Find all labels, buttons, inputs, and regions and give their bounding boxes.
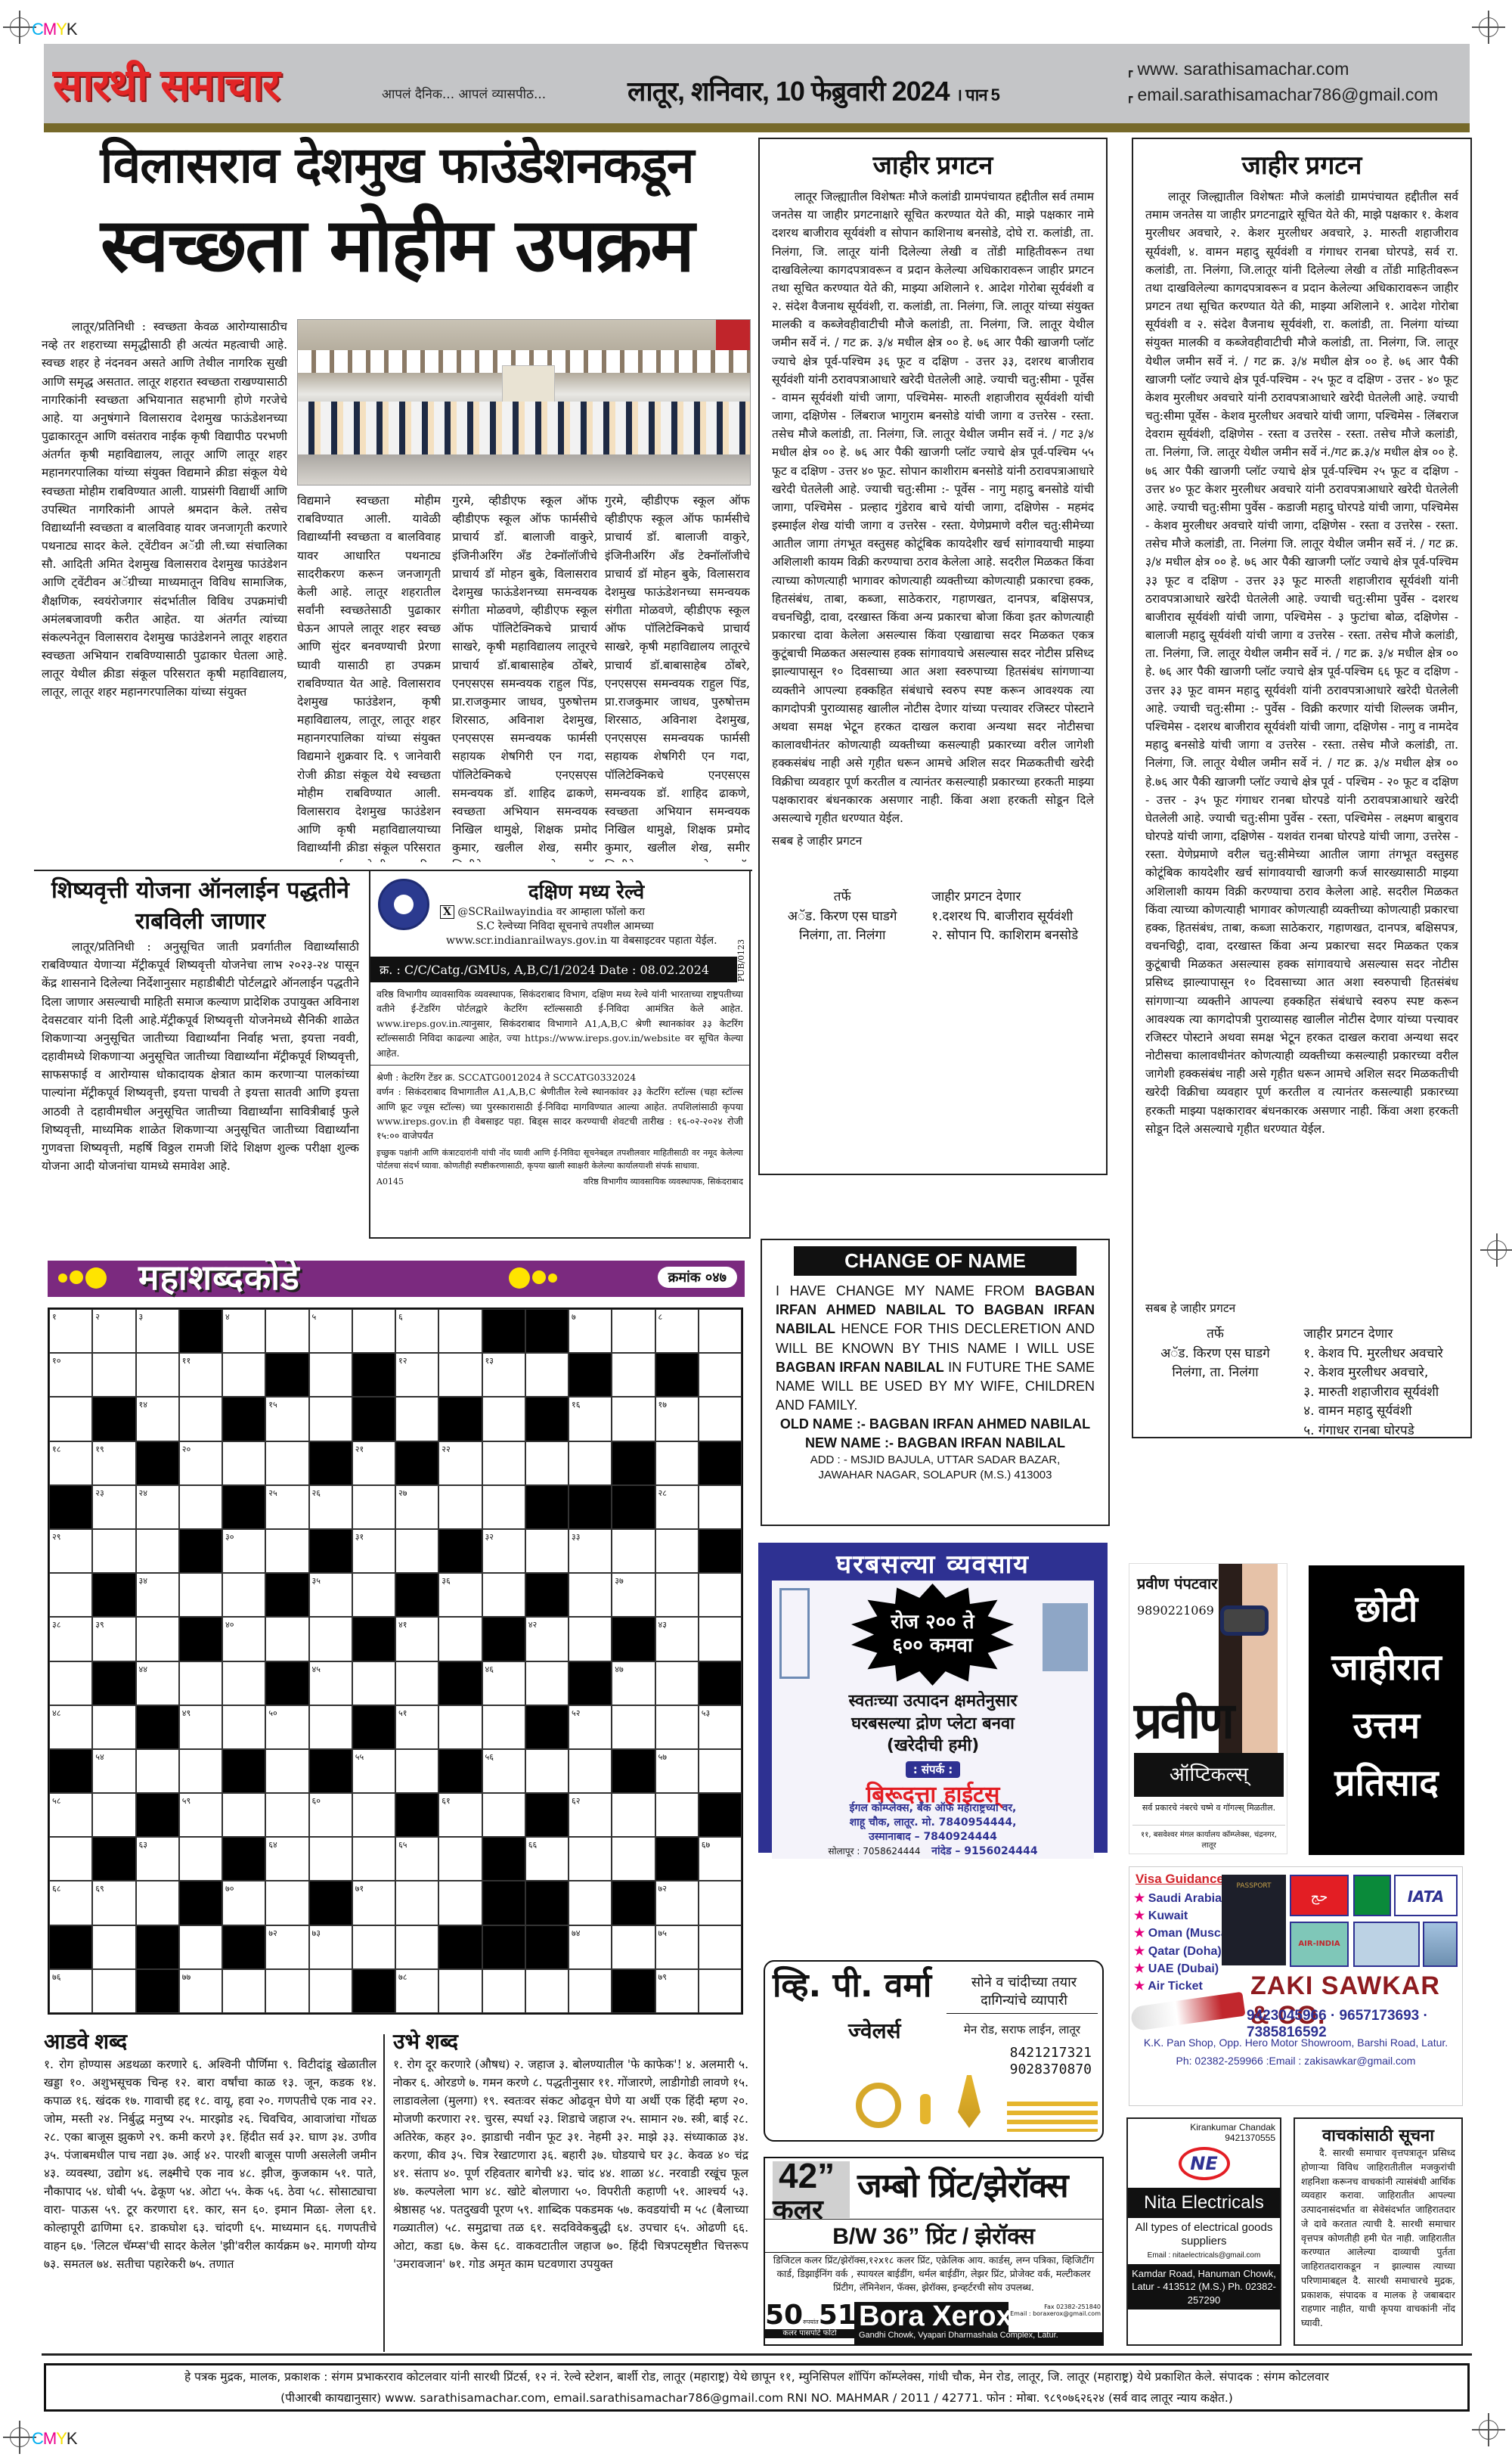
crossword-cell[interactable]	[569, 1837, 612, 1881]
crossword-block	[482, 1837, 525, 1881]
crossword-cell[interactable]	[49, 1661, 92, 1705]
crossword-block	[265, 1661, 308, 1705]
crossword-cell[interactable]: ४७	[612, 1661, 655, 1705]
crossword-cell[interactable]: २१	[352, 1441, 395, 1485]
crossword-cell[interactable]: ५७	[655, 1749, 699, 1793]
crossword-block	[136, 1441, 179, 1485]
crossword-cell[interactable]	[655, 1573, 699, 1617]
crossword-cell[interactable]: ६२	[569, 1793, 612, 1837]
crossword-cell[interactable]	[612, 1353, 655, 1397]
crossword-cell[interactable]: ७९	[655, 1969, 699, 2013]
hajj-umrah-icon: حج وعمره	[1290, 1875, 1349, 1916]
railway-tender-ad: दक्षिण मध्य रेल्वे X @SCRailwayindia वर …	[369, 870, 751, 1239]
crossword-cell[interactable]	[482, 1969, 525, 2013]
crossword-block	[525, 1397, 569, 1441]
footer-rule	[42, 2353, 1472, 2356]
crossword-cell[interactable]: ४१	[395, 1617, 438, 1661]
crossword-cell[interactable]	[482, 1441, 525, 1485]
crossword-cell[interactable]	[569, 1441, 612, 1485]
crossword-cell[interactable]: ७	[569, 1309, 612, 1353]
crossword-block	[309, 1881, 352, 1925]
crossword-cell[interactable]: २६	[309, 1485, 352, 1529]
visa-guidance-ad: Visa Guidance ★ Saudi Arabia ★ Kuwait ★ …	[1129, 1866, 1463, 2106]
crossword-block	[179, 1529, 222, 1573]
railway-website[interactable]: www.scr.indianrailways.gov.in या वेबसाइट…	[446, 933, 749, 948]
crossword-block	[136, 1969, 179, 2013]
crossword-cell[interactable]	[222, 1353, 265, 1397]
crossword-cell[interactable]	[482, 1573, 525, 1617]
xerox-ad: 42” कलर जम्बो प्रिंट/झेरॉक्स B/W 36” प्र…	[764, 2157, 1104, 2346]
crossword-cell[interactable]	[699, 1485, 742, 1529]
crossword-cell[interactable]: ५२	[569, 1705, 612, 1749]
crossword-block	[525, 1793, 569, 1837]
crossword-cell[interactable]	[352, 1573, 395, 1617]
crossword-cell[interactable]: ६१	[438, 1793, 482, 1837]
crossword-cell[interactable]	[92, 1529, 135, 1573]
airplane-icon	[1130, 1992, 1246, 2032]
crossword-cell[interactable]	[438, 1969, 482, 2013]
crossword-cell[interactable]	[699, 1309, 742, 1353]
crossword-cell[interactable]	[265, 1793, 308, 1837]
masthead-rule	[44, 123, 1470, 132]
crossword-block	[352, 1397, 395, 1441]
crossword-cell[interactable]: ६०	[309, 1793, 352, 1837]
crossword-cell[interactable]	[265, 1749, 308, 1793]
notice-title: जाहीर प्रगटन	[1133, 147, 1470, 181]
registration-mark-icon	[1487, 1240, 1507, 1260]
crossword-cell[interactable]: ७१	[352, 1881, 395, 1925]
crossword-cell[interactable]	[569, 1617, 612, 1661]
crossword-cell[interactable]	[438, 1881, 482, 1925]
crossword-cell[interactable]	[179, 1661, 222, 1705]
crossword-cell[interactable]: ४२	[525, 1617, 569, 1661]
crossword-block	[395, 1793, 438, 1837]
crossword-cell[interactable]: ७४	[569, 1925, 612, 1969]
crossword-cell[interactable]	[309, 1617, 352, 1661]
crossword-cell[interactable]: ५१	[395, 1705, 438, 1749]
crossword-cell[interactable]: ११	[179, 1353, 222, 1397]
crossword-cell[interactable]	[92, 1969, 135, 2013]
crossword-cell[interactable]	[612, 1529, 655, 1573]
crossword-cell[interactable]: १२	[395, 1353, 438, 1397]
crossword-cell[interactable]: ६५	[395, 1837, 438, 1881]
crossword-block	[352, 1617, 395, 1661]
tagline: आपलं दैनिक... आपलं व्यासपीठ...	[382, 85, 546, 102]
crossword-cell[interactable]	[438, 1485, 482, 1529]
visa-country-list: ★ Saudi Arabia ★ Kuwait ★ Oman (Muscat) …	[1134, 1890, 1235, 1995]
crossword-cell[interactable]	[309, 1969, 352, 2013]
crossword-cell[interactable]: २०	[179, 1441, 222, 1485]
crossword-cell[interactable]: २४	[136, 1485, 179, 1529]
crossword-cell[interactable]	[438, 1353, 482, 1397]
crossword-cell[interactable]: ३५	[309, 1573, 352, 1617]
crossword-cell[interactable]	[569, 1881, 612, 1925]
machine-image	[779, 1588, 810, 1679]
crossword-cell[interactable]	[655, 1705, 699, 1749]
crossword-cell[interactable]: १	[49, 1309, 92, 1353]
crossword-block	[612, 1969, 655, 2013]
crossword-block	[438, 1661, 482, 1705]
crossword-cell[interactable]: ७६	[49, 1969, 92, 2013]
crossword-cell[interactable]	[92, 1793, 135, 1837]
crossword-cell[interactable]	[352, 1661, 395, 1705]
crossword-cell[interactable]: ७२	[655, 1881, 699, 1925]
crossword-block	[525, 1925, 569, 1969]
crossword-cell[interactable]	[569, 1749, 612, 1793]
crossword-block	[395, 1573, 438, 1617]
crossword-cell[interactable]: ६७	[699, 1837, 742, 1881]
crossword-cell[interactable]	[265, 1617, 308, 1661]
crossword-cell[interactable]	[309, 1705, 352, 1749]
new-name: NEW NAME :- BAGBAN IRFAN NABILAL	[776, 1434, 1095, 1452]
crossword-cell[interactable]: ४६	[482, 1661, 525, 1705]
crossword-cell[interactable]	[655, 1793, 699, 1837]
reader-notice: वाचकांसाठी सूचना दै. सारथी समाचार वृत्तप…	[1294, 2117, 1463, 2346]
air-india-ticket-icon: AIR-INDIA	[1290, 1922, 1349, 1967]
crossword-cell[interactable]	[655, 1661, 699, 1705]
crossword-block	[352, 1705, 395, 1749]
crossword-cell[interactable]	[699, 1749, 742, 1793]
crossword-cell[interactable]	[136, 1617, 179, 1661]
crossword-cell[interactable]	[612, 1925, 655, 1969]
crossword-block	[136, 1925, 179, 1969]
crossword-cell[interactable]: २५	[265, 1485, 308, 1529]
crossword-cell[interactable]	[395, 1925, 438, 1969]
crossword-block	[92, 1837, 135, 1881]
crossword-cell[interactable]: ५०	[265, 1705, 308, 1749]
crossword-cell[interactable]	[222, 1969, 265, 2013]
crossword-block	[525, 1573, 569, 1617]
crossword-cell[interactable]: २३	[92, 1485, 135, 1529]
iata-logo-icon: IATA	[1394, 1875, 1458, 1916]
crossword-cell[interactable]: ५३	[699, 1705, 742, 1749]
crossword-block	[438, 1749, 482, 1793]
imprint-footer: हे पत्रक मुद्रक, मालक, प्रकाशक : संगम प्…	[44, 2363, 1470, 2412]
crossword-block	[49, 1749, 92, 1793]
crossword-cell[interactable]	[438, 1837, 482, 1881]
crossword-cell[interactable]	[309, 1837, 352, 1881]
crossword-cell[interactable]	[352, 1793, 395, 1837]
lead-story-photo	[297, 319, 751, 485]
crossword-cell[interactable]	[525, 1749, 569, 1793]
crossword-cell[interactable]	[525, 1353, 569, 1397]
crossword-cell[interactable]: ४८	[49, 1705, 92, 1749]
crossword-cell[interactable]	[438, 1309, 482, 1353]
crossword-cell[interactable]: १३	[482, 1353, 525, 1397]
crossword-cell[interactable]	[482, 1793, 525, 1837]
optical-ad: प्रवीण पंपटवार 9890221069 प्रवीण ऑप्टिकल…	[1129, 1563, 1287, 1854]
crossword-cell[interactable]	[179, 1485, 222, 1529]
crossword-banner: महाशब्दकोडे क्रमांक ०४७	[48, 1261, 745, 1297]
crossword-cell[interactable]	[265, 1309, 308, 1353]
crossword-cell[interactable]	[222, 1705, 265, 1749]
crossword-cell[interactable]: ७२	[265, 1925, 308, 1969]
crossword-cell[interactable]	[395, 1881, 438, 1925]
crossword-cell[interactable]: २२	[438, 1441, 482, 1485]
crossword-cell[interactable]: ४४	[136, 1661, 179, 1705]
crossword-cell[interactable]	[482, 1705, 525, 1749]
crossword-cell[interactable]	[49, 1573, 92, 1617]
old-name: OLD NAME :- BAGBAN IRFAN AHMED NABILAL	[776, 1415, 1095, 1433]
crossword-cell[interactable]	[655, 1441, 699, 1485]
crossword-grid[interactable]: १२३४५६७८१०१११२१३१४१५१६१७१८१९२०२१२२२३२४२५…	[48, 1308, 743, 2015]
crossword-cell[interactable]: ५६	[482, 1749, 525, 1793]
registration-mark-icon	[10, 2427, 29, 2447]
cmyk-marker: CMYK	[32, 2429, 77, 2449]
crossword-cell[interactable]: ५९	[179, 1793, 222, 1837]
crossword-cell[interactable]: २८	[655, 1485, 699, 1529]
sunglasses-image	[1220, 1605, 1269, 1636]
crossword-cell[interactable]	[222, 1441, 265, 1485]
crossword-cell[interactable]	[525, 1661, 569, 1705]
crossword-block	[92, 1573, 135, 1617]
railway-social: X @SCRailwayindia वर आम्हाला फॉलो करा	[440, 904, 749, 919]
crossword-cell[interactable]: १७	[655, 1397, 699, 1441]
crossword-block	[438, 1397, 482, 1441]
crossword-cell[interactable]	[612, 1793, 655, 1837]
crossword-block	[309, 1441, 352, 1485]
crossword-cell[interactable]	[482, 1397, 525, 1441]
crossword-cell[interactable]	[92, 1353, 135, 1397]
crossword-cell[interactable]: ६४	[265, 1837, 308, 1881]
crossword-block	[222, 1925, 265, 1969]
crossword-block	[265, 1573, 308, 1617]
crossword-cell[interactable]: ७३	[309, 1925, 352, 1969]
notice-signature: तर्फेअॅड. किरण एस घाडगेनिलंगा, ता. निलंग…	[760, 880, 1106, 954]
public-notice-2: जाहीर प्रगटन लातूर जिल्ह्यातील विशेषतः म…	[1132, 138, 1472, 1438]
crossword-block	[569, 1485, 612, 1529]
crossword-cell[interactable]	[179, 1925, 222, 1969]
crossword-block	[569, 1661, 612, 1705]
crossword-cell[interactable]: ४	[222, 1309, 265, 1353]
crossword-cell[interactable]: ५८	[49, 1793, 92, 1837]
pan-card-icon	[1353, 1922, 1420, 1967]
home-business-ad: घरबसल्या व्यवसाय रोज २०० ते६०० कमवा स्वत…	[758, 1543, 1108, 1853]
crossword-cell[interactable]	[179, 1749, 222, 1793]
tender-category: श्रेणी : केटरिंग टेंडर क्र. SCCATG001202…	[376, 1070, 743, 1084]
crossword-cell[interactable]	[699, 1881, 742, 1925]
across-clues: आडवे शब्द १. रोग होण्यास अडथळा करणारे ६.…	[44, 2027, 376, 2273]
crossword-block	[222, 1485, 265, 1529]
crossword-cell[interactable]: १५	[265, 1397, 308, 1441]
crossword-block	[612, 1881, 655, 1925]
crossword-cell[interactable]: ७७	[179, 1969, 222, 2013]
crossword-block	[438, 1925, 482, 1969]
down-clues: उभे शब्द १. रोग दूर करणारे (औषध) २. जहाज…	[393, 2027, 748, 2273]
crossword-cell[interactable]	[92, 1705, 135, 1749]
crossword-cell[interactable]: ३८	[49, 1617, 92, 1661]
crossword-cell[interactable]	[49, 1397, 92, 1441]
crossword-block	[525, 1705, 569, 1749]
crossword-block	[352, 1969, 395, 2013]
tender-reference: क्र. : C/C/Catg./GMUs, A,B,C/1/2024 Date…	[370, 957, 737, 982]
crossword-cell[interactable]	[699, 1573, 742, 1617]
crossword-cell[interactable]	[395, 1661, 438, 1705]
crossword-cell[interactable]: ३४	[136, 1573, 179, 1617]
crossword-cell[interactable]	[395, 1529, 438, 1573]
lead-story-column-1: लातूर/प्रतिनिधी : स्वच्छता केवळ आरोग्यास…	[42, 318, 287, 862]
crossword-cell[interactable]	[569, 1573, 612, 1617]
cmyk-marker: CMYK	[32, 20, 77, 39]
dubai-icon	[1423, 1922, 1458, 1967]
crossword-cell[interactable]: ५	[309, 1309, 352, 1353]
crossword-cell[interactable]: १६	[569, 1397, 612, 1441]
crossword-block	[49, 1925, 92, 1969]
crossword-cell[interactable]	[569, 1969, 612, 2013]
crossword-block	[612, 1749, 655, 1793]
crossword-block	[482, 1925, 525, 1969]
passport-icon: PASSPORT	[1222, 1875, 1286, 1965]
small-ad-promo: छोटीजाहीरातउत्तमप्रतिसाद	[1309, 1565, 1464, 1855]
earring-image	[920, 2094, 931, 2124]
crossword-block	[222, 1397, 265, 1441]
crossword-block	[179, 1881, 222, 1925]
crossword-cell[interactable]: ३२	[482, 1529, 525, 1573]
crossword-cell[interactable]	[265, 1969, 308, 2013]
crossword-cell[interactable]: १९	[92, 1441, 135, 1485]
necklace-image	[958, 2075, 981, 2128]
crossword-cell[interactable]	[136, 1529, 179, 1573]
crossword-cell[interactable]	[265, 1881, 308, 1925]
crossword-cell[interactable]: ३९	[92, 1617, 135, 1661]
crossword-cell[interactable]	[699, 1353, 742, 1397]
crossword-cell[interactable]	[525, 1529, 569, 1573]
website-link[interactable]: www. sarathisamachar.com	[1126, 59, 1349, 79]
crossword-block	[49, 1485, 92, 1529]
crossword-cell[interactable]: ३३	[569, 1529, 612, 1573]
newspaper-logo: सारथी समाचार	[53, 53, 279, 113]
crossword-cell[interactable]: ७०	[222, 1881, 265, 1925]
crossword-cell[interactable]	[309, 1353, 352, 1397]
crossword-cell[interactable]: २	[92, 1309, 135, 1353]
crossword-cell[interactable]	[438, 1705, 482, 1749]
crossword-cell[interactable]: ६९	[92, 1881, 135, 1925]
crossword-cell[interactable]: ४५	[309, 1661, 352, 1705]
crossword-cell[interactable]	[222, 1573, 265, 1617]
crossword-cell[interactable]	[612, 1705, 655, 1749]
crossword-block	[482, 1881, 525, 1925]
crossword-cell[interactable]	[395, 1749, 438, 1793]
crossword-block	[136, 1793, 179, 1837]
notice-signature: तर्फेअॅड. किरण एस घाडगेनिलंगा, ता. निलंग…	[1133, 1317, 1470, 1438]
crossword-cell[interactable]: ६३	[136, 1837, 179, 1881]
crossword-block	[699, 1793, 742, 1837]
railway-title: दक्षिण मध्य रेल्वे	[423, 877, 749, 904]
crossword-cell[interactable]: ७५	[655, 1925, 699, 1969]
public-notice-1: जाहीर प्रगटन लातूर जिल्ह्यातील विशेषतः म…	[758, 138, 1108, 1175]
crossword-cell[interactable]: २९	[49, 1529, 92, 1573]
crossword-cell[interactable]	[352, 1309, 395, 1353]
crossword-block	[222, 1837, 265, 1881]
crossword-cell[interactable]	[265, 1441, 308, 1485]
crossword-cell[interactable]	[612, 1397, 655, 1441]
crossword-block	[525, 1881, 569, 1925]
crossword-cell[interactable]	[309, 1397, 352, 1441]
crossword-block	[92, 1397, 135, 1441]
crossword-cell[interactable]	[179, 1573, 222, 1617]
crossword-cell[interactable]	[222, 1661, 265, 1705]
across-heading: आडवे शब्द	[44, 2027, 376, 2055]
crossword-cell[interactable]	[655, 1529, 699, 1573]
registration-mark-icon	[1479, 17, 1498, 37]
crossword-cell[interactable]: ३७	[612, 1573, 655, 1617]
crossword-cell[interactable]: ५५	[352, 1749, 395, 1793]
crossword-cell[interactable]	[699, 1617, 742, 1661]
crossword-block	[699, 1529, 742, 1573]
crossword-cell[interactable]	[179, 1837, 222, 1881]
crossword-issue-number: क्रमांक ०४७	[658, 1267, 737, 1288]
crossword-cell[interactable]: ६८	[49, 1881, 92, 1925]
crossword-cell[interactable]	[525, 1441, 569, 1485]
bangle-image	[856, 2083, 901, 2128]
crossword-cell[interactable]: ४०	[222, 1617, 265, 1661]
crossword-cell[interactable]: ३६	[438, 1573, 482, 1617]
crossword-block	[92, 1661, 135, 1705]
crossword-cell[interactable]	[136, 1881, 179, 1925]
x-logo-icon: X	[440, 905, 454, 919]
crossword-cell[interactable]	[612, 1309, 655, 1353]
crossword-cell[interactable]	[179, 1397, 222, 1441]
crossword-cell[interactable]: ४३	[655, 1617, 699, 1661]
crossword-cell[interactable]: ३	[136, 1309, 179, 1353]
crossword-cell[interactable]: ८	[655, 1309, 699, 1353]
crossword-cell[interactable]: ६	[395, 1309, 438, 1353]
crossword-cell[interactable]	[525, 1969, 569, 2013]
lead-story-column-3: गुरमे, व्हीडीएफ स्कूल ऑफ व्हीडीएफ स्कूल …	[452, 492, 597, 862]
crossword-cell[interactable]	[352, 1837, 395, 1881]
crossword-cell[interactable]: १८	[49, 1441, 92, 1485]
crossword-cell[interactable]: ३०	[222, 1529, 265, 1573]
crossword-cell[interactable]: ३१	[352, 1529, 395, 1573]
crossword-cell[interactable]	[699, 1969, 742, 2013]
email-link[interactable]: email.sarathisamachar786@gmail.com	[1126, 85, 1438, 105]
crossword-cell[interactable]	[49, 1837, 92, 1881]
crossword-cell[interactable]	[352, 1485, 395, 1529]
crossword-cell[interactable]	[92, 1925, 135, 1969]
crossword-cell[interactable]	[265, 1529, 308, 1573]
bracelet-image	[1007, 2102, 1098, 2132]
crossword-cell[interactable]: २७	[395, 1485, 438, 1529]
crossword-cell[interactable]	[699, 1925, 742, 1969]
crossword-block	[655, 1837, 699, 1881]
crossword-cell[interactable]: ४९	[179, 1705, 222, 1749]
crossword-cell[interactable]: १४	[136, 1397, 179, 1441]
nita-electricals-ad: Kirankumar Chandak9421370555 NE Nita Ele…	[1126, 2117, 1281, 2346]
crossword-block	[136, 1705, 179, 1749]
crossword-cell[interactable]	[222, 1793, 265, 1837]
crossword-block	[222, 1749, 265, 1793]
down-heading: उभे शब्द	[393, 2027, 748, 2055]
crossword-cell[interactable]: ५४	[92, 1749, 135, 1793]
crossword-cell[interactable]	[136, 1749, 179, 1793]
crossword-cell[interactable]	[395, 1397, 438, 1441]
crossword-cell[interactable]	[612, 1837, 655, 1881]
crossword-block	[612, 1441, 655, 1485]
crossword-cell[interactable]: ७८	[395, 1969, 438, 2013]
machine-image	[1043, 1603, 1088, 1671]
crossword-block	[569, 1353, 612, 1397]
crossword-cell[interactable]	[136, 1353, 179, 1397]
crossword-cell[interactable]	[482, 1485, 525, 1529]
crossword-title: महाशब्दकोडे	[138, 1253, 300, 1300]
crossword-cell[interactable]	[352, 1925, 395, 1969]
crossword-cell[interactable]	[438, 1617, 482, 1661]
lead-story-column-4: गुरमे, व्हीडीएफ स्कूल ऑफ व्हीडीएफ स्कूल …	[605, 492, 750, 862]
crossword-cell[interactable]: १०	[49, 1353, 92, 1397]
crossword-cell[interactable]	[699, 1397, 742, 1441]
crossword-block	[179, 1617, 222, 1661]
crossword-cell[interactable]: ६६	[525, 1837, 569, 1881]
